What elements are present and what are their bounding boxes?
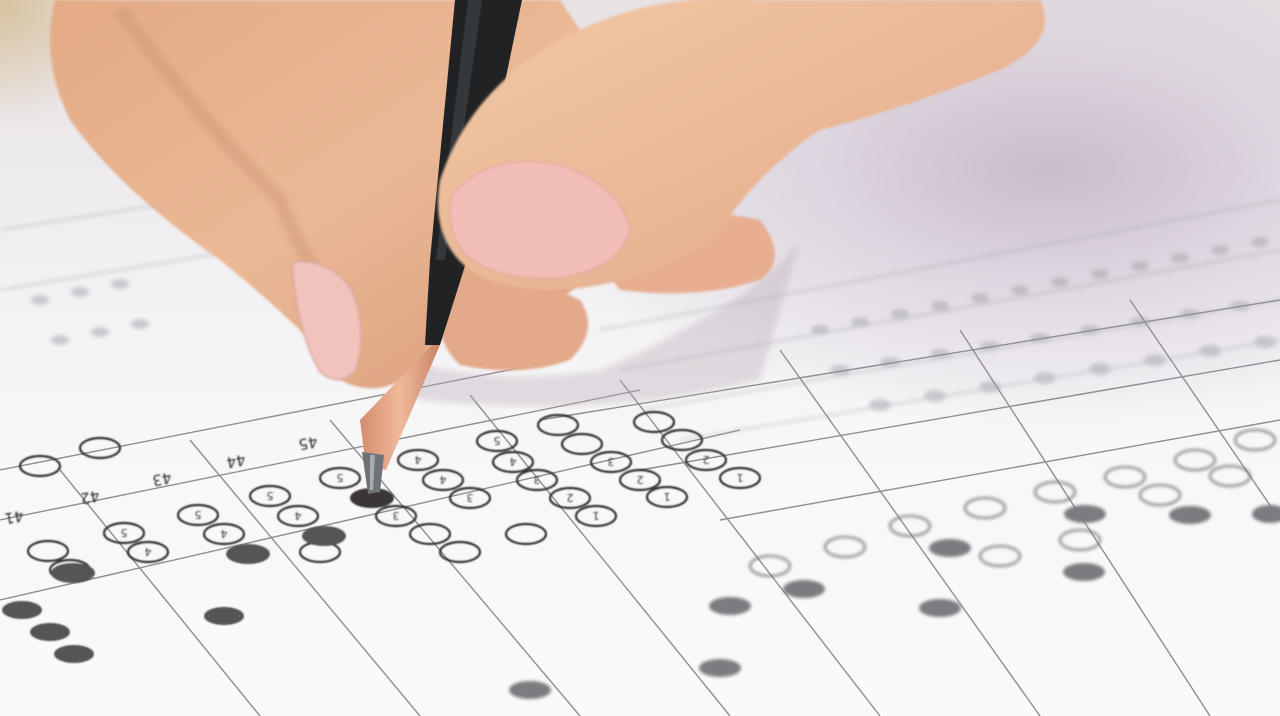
photo-scene: 5 4 4 3 3 5 4 3 2 1 3 2 1 2 1 5 4 5 4 5: [0, 0, 1280, 716]
middle-finger: [438, 282, 588, 370]
hand-with-pencil: [0, 0, 1280, 716]
